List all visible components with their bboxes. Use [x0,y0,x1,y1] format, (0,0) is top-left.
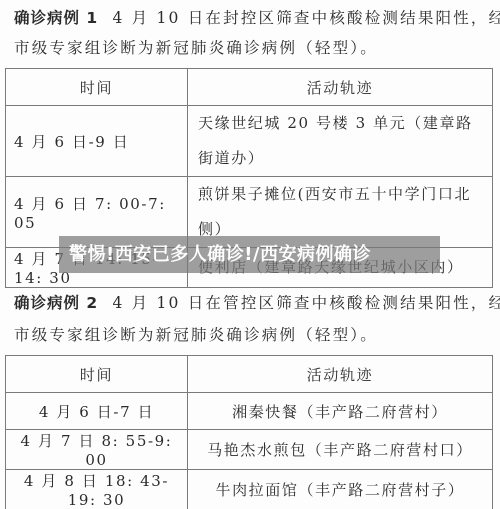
table-header-row: 时间 活动轨迹 [6,69,493,106]
cell-activity: 天缘世纪城 20 号楼 3 单元（建章路街道办） [188,106,493,177]
header-time: 时间 [6,69,188,106]
cell-activity: 湘秦快餐（丰产路二府营村） [188,393,493,430]
case2-line1-text: 4 月 10 日在管控区筛查中核酸检测结果阳性，经 [112,294,500,312]
case1-intro-line1: 确诊病例 1 4 月 10 日在封控区筛查中核酸检测结果阳性，经 [14,8,494,28]
case2-intro-line2: 市级专家组诊断为新冠肺炎确诊病例（轻型）。 [14,325,494,345]
header-time: 时间 [6,356,188,393]
table-row: 4 月 7 日 8: 55-9: 00 马艳杰水煎包（丰产路二府营村口） [6,430,493,470]
cell-activity: 马艳杰水煎包（丰产路二府营村口） [188,430,493,470]
header-activity: 活动轨迹 [188,69,493,106]
cell-time: 4 月 8 日 18: 43-19: 30 [6,470,188,509]
case1-line1-text: 4 月 10 日在封控区筛查中核酸检测结果阳性，经 [112,9,500,27]
cell-time: 4 月 7 日 8: 55-9: 00 [6,430,188,470]
caption-overlay-banner: 警惕!西安已多人确诊!/西安病例确诊 [59,236,440,273]
cell-activity: 牛肉拉面馆（丰产路二府营村子） [188,470,493,509]
case1-label: 确诊病例 1 [14,9,98,27]
case2-label: 确诊病例 2 [14,294,98,312]
table-header-row: 时间 活动轨迹 [6,356,493,393]
case2-itinerary-table: 时间 活动轨迹 4 月 6 日-7 日 湘秦快餐（丰产路二府营村） 4 月 7 … [5,355,493,509]
header-activity: 活动轨迹 [188,356,493,393]
table-row: 4 月 8 日 18: 43-19: 30 牛肉拉面馆（丰产路二府营村子） [6,470,493,509]
table-row: 4 月 6 日-7 日 湘秦快餐（丰产路二府营村） [6,393,493,430]
case1-intro-line2: 市级专家组诊断为新冠肺炎确诊病例（轻型）。 [14,38,494,58]
cell-time: 4 月 6 日-9 日 [6,106,188,177]
table-row: 4 月 6 日-9 日 天缘世纪城 20 号楼 3 单元（建章路街道办） [6,106,493,177]
cell-time: 4 月 6 日-7 日 [6,393,188,430]
case2-intro-line1: 确诊病例 2 4 月 10 日在管控区筛查中核酸检测结果阳性，经 [14,293,494,313]
